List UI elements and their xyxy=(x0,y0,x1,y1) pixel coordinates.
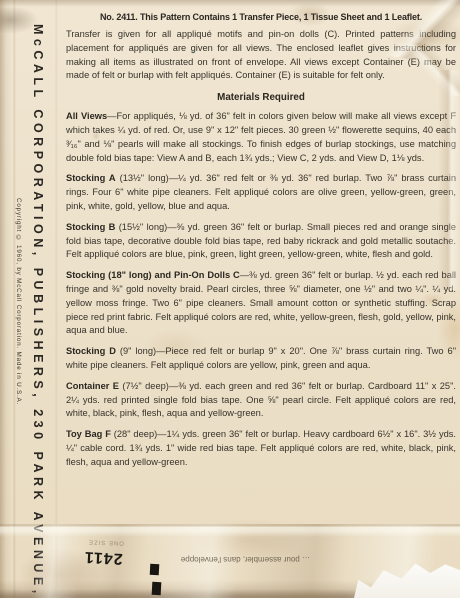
paragraph-text: —For appliqués, ⅛ yd. of 36" felt in col… xyxy=(66,111,456,162)
paragraph-stocking-d: Stocking D (9" long)—Piece red felt or b… xyxy=(66,345,456,373)
paragraph-label: Toy Bag F xyxy=(66,429,111,439)
paragraph-label: All Views xyxy=(66,111,107,121)
paragraph-text: (9" long)—Piece red felt or burlap 9" x … xyxy=(66,346,456,370)
torn-corner xyxy=(354,550,460,598)
materials-column: No. 2411. This Pattern Contains 1 Transf… xyxy=(66,12,456,470)
paragraph-text: (13½" long)—¼ yd. 36" red felt or ⅜ yd. … xyxy=(66,173,456,211)
pattern-contents-title: No. 2411. This Pattern Contains 1 Transf… xyxy=(66,12,456,22)
flap-ink-mark xyxy=(150,564,160,575)
flap-pattern-number-upside-down: 2411 xyxy=(84,547,124,567)
paragraph-toy-bag-f: Toy Bag F (28" deep)—1¼ yds. green 36" f… xyxy=(66,428,456,469)
paragraph-container-e: Container E (7½" deep)—⅜ yd. each green … xyxy=(66,380,456,421)
flap-ink-mark xyxy=(152,582,162,595)
pattern-envelope-back: McCALL CORPORATION, PUBLISHERS, 230 PARK… xyxy=(0,0,460,598)
copyright-text: Copyright © 1960, by McCall Corporation.… xyxy=(15,198,22,398)
flap-french-text-upside-down: … pour assembler, dans l'enveloppe xyxy=(138,555,310,564)
publisher-spine-text: McCALL CORPORATION, PUBLISHERS, 230 PARK… xyxy=(31,24,45,530)
paragraph-label: Stocking B xyxy=(66,222,115,232)
paragraph-label: Stocking A xyxy=(66,173,116,183)
paragraph-stocking-a: Stocking A (13½" long)—¼ yd. 36" red fel… xyxy=(66,172,456,213)
paragraph-label: Stocking D xyxy=(66,346,116,356)
paragraph-label: Stocking (18" long) and Pin-On Dolls C xyxy=(66,270,240,280)
paragraph-label: Container E xyxy=(66,381,119,391)
paragraph-text: (28" deep)—1¼ yds. green 36" felt or bur… xyxy=(66,429,456,467)
paragraph-stocking-c-dolls: Stocking (18" long) and Pin-On Dolls C—⅜… xyxy=(66,269,456,338)
flap-size-note-upside-down: ONE SIZE xyxy=(88,538,124,545)
paragraph-all-views: All Views—For appliqués, ⅛ yd. of 36" fe… xyxy=(66,110,456,165)
intro-paragraph: Transfer is given for all appliqué motif… xyxy=(66,28,456,83)
paragraph-text: (7½" deep)—⅜ yd. each green and red 36" … xyxy=(66,381,456,419)
materials-required-heading: Materials Required xyxy=(66,92,456,103)
paragraph-text: (15½" long)—⅜ yd. green 36" felt or burl… xyxy=(66,222,456,260)
paragraph-stocking-b: Stocking B (15½" long)—⅜ yd. green 36" f… xyxy=(66,221,456,262)
